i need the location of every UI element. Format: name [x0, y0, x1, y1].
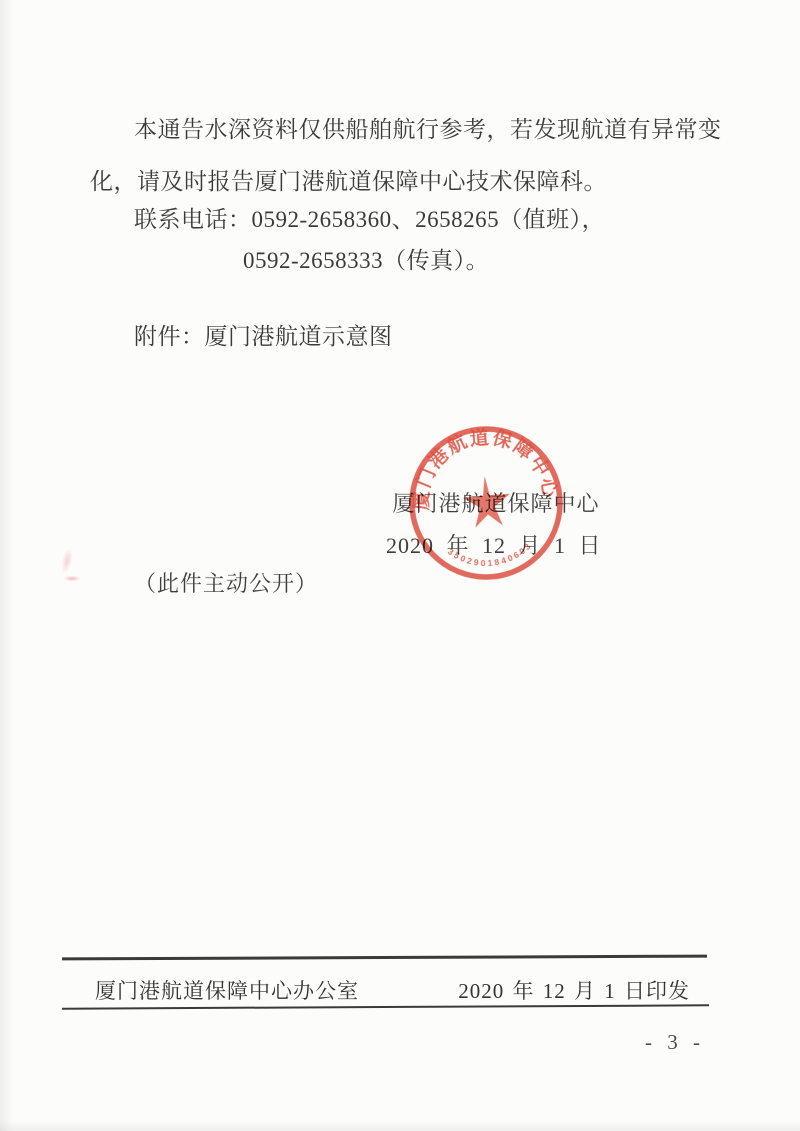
disclosure-note: （此件主动公开）: [134, 567, 318, 598]
scan-smudge: [64, 576, 80, 581]
paragraph-line-1: 本通告水深资料仅供船舶航行参考，若发现航道有异常变: [134, 111, 722, 144]
paragraph-line-2: 化，请及时报告厦门港航道保障中心技术保障科。: [90, 163, 607, 196]
scan-edge-left: [0, 0, 14, 1131]
footer-rule-top: [62, 955, 707, 960]
seal-star-icon: [461, 474, 513, 529]
contact-phone-line-2: 0592-2658333（传真）。: [243, 242, 489, 275]
attachment-line: 附件：厦门港航道示意图: [134, 318, 393, 351]
footer-print-date: 2020 年 12 月 1 日印发: [392, 975, 690, 1005]
page-number: - 3 -: [640, 1030, 710, 1055]
contact-phone-line-1: 联系电话：0592-2658360、2658265（值班），: [134, 201, 605, 234]
scan-edge-bottom: [0, 1121, 800, 1131]
document-page: 本通告水深资料仅供船舶航行参考，若发现航道有异常变 化，请及时报告厦门港航道保障…: [0, 0, 800, 1131]
scan-smudge: [59, 547, 74, 575]
footer-office: 厦门港航道保障中心办公室: [95, 975, 359, 1005]
footer-rule-bottom: [62, 1004, 709, 1009]
official-seal: 厦门港航道保障中心 3502901840603: [380, 397, 592, 609]
official-seal-graphic: 厦门港航道保障中心 3502901840603: [380, 397, 592, 609]
